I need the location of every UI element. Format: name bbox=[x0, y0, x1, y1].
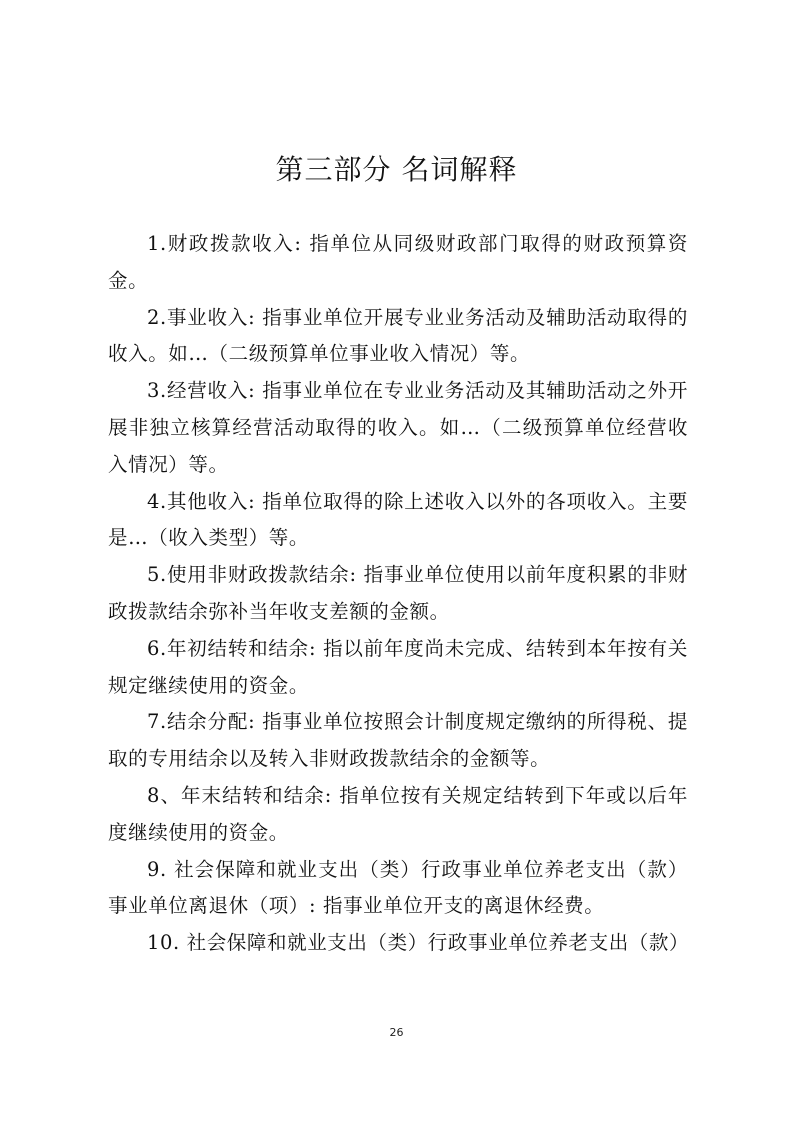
definition-paragraph-7: 7.结余分配: 指事业单位按照会计制度规定缴纳的所得税、提取的专用结余以及转入非… bbox=[108, 704, 688, 778]
definitions-body: 1.财政拨款收入: 指单位从同级财政部门取得的财政预算资金。 2.事业收入: 指… bbox=[108, 226, 688, 962]
document-page: 第三部分 名词解释 1.财政拨款收入: 指单位从同级财政部门取得的财政预算资金。… bbox=[0, 0, 793, 1122]
definition-paragraph-2: 2.事业收入: 指事业单位开展专业业务活动及辅助活动取得的收入。如…（二级预算单… bbox=[108, 300, 688, 374]
definition-paragraph-6: 6.年初结转和结余: 指以前年度尚未完成、结转到本年按有关规定继续使用的资金。 bbox=[108, 631, 688, 705]
definition-paragraph-1: 1.财政拨款收入: 指单位从同级财政部门取得的财政预算资金。 bbox=[108, 226, 688, 300]
definition-paragraph-10: 10. 社会保障和就业支出（类）行政事业单位养老支出（款） bbox=[108, 925, 688, 962]
definition-paragraph-9: 9. 社会保障和就业支出（类）行政事业单位养老支出（款）事业单位离退休（项）: … bbox=[108, 852, 688, 926]
definition-paragraph-4: 4.其他收入: 指单位取得的除上述收入以外的各项收入。主要是…（收入类型）等。 bbox=[108, 484, 688, 558]
definition-paragraph-5: 5.使用非财政拨款结余: 指事业单位使用以前年度积累的非财政拨款结余弥补当年收支… bbox=[108, 557, 688, 631]
page-title: 第三部分 名词解释 bbox=[0, 148, 793, 188]
definition-paragraph-3: 3.经营收入: 指事业单位在专业业务活动及其辅助活动之外开展非独立核算经营活动取… bbox=[108, 373, 688, 483]
page-number: 26 bbox=[0, 1026, 793, 1039]
definition-paragraph-8: 8、年末结转和结余: 指单位按有关规定结转到下年或以后年度继续使用的资金。 bbox=[108, 778, 688, 852]
